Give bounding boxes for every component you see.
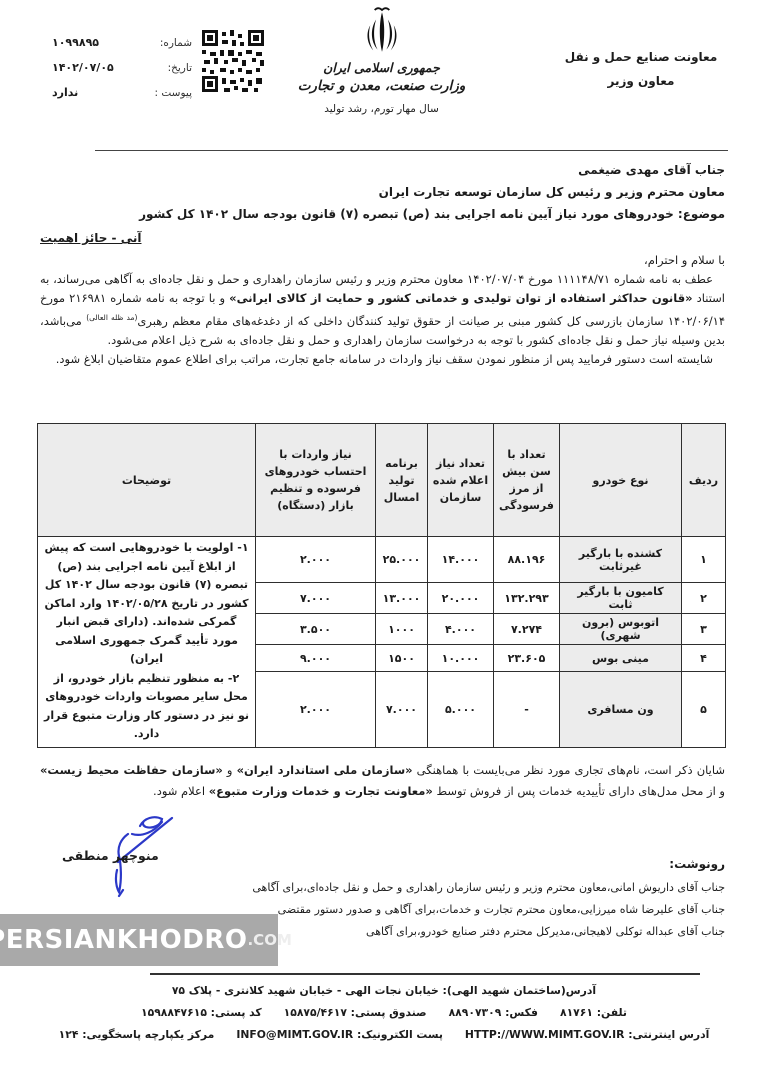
footer-fax: فکس: ۸۸۹۰۷۳۰۹ (449, 1006, 538, 1019)
footer-pobox: صندوق پستی: ۱۵۸۷۵/۴۶۱۷ (284, 1006, 427, 1019)
col-header-aged-count: تعداد با سن بیش از مرز فرسودگی (494, 424, 560, 537)
cell-aged-count: ۸۸.۱۹۶ (494, 537, 560, 583)
header-divider (95, 150, 728, 151)
cell-aged-count: ۱۳۲.۲۹۳ (494, 583, 560, 614)
footer-web-line: آدرس اینترنتی: HTTP://WWW.MIMT.GOV.IR پس… (40, 1028, 728, 1041)
letter-attachment-value: ندارد (52, 86, 78, 99)
watermark-banner: PERSIANKHODRO.COM (0, 914, 278, 966)
cell-production-plan: ۱۰۰۰ (376, 614, 428, 645)
letter-number-row: شماره: ۱۰۹۹۸۹۵ (52, 36, 192, 49)
letter-body: با سلام و احترام، عطف به نامه شماره ۱۱۱۱… (40, 251, 725, 369)
footer-address: آدرس(ساختمان شهید الهی): خیابان نجات اله… (40, 984, 728, 997)
department-role: معاون وزیر (541, 74, 741, 88)
footer-block: آدرس(ساختمان شهید الهی): خیابان نجات اله… (40, 984, 728, 1050)
department-block: معاونت صنایع حمل و نقل معاون وزیر (541, 50, 741, 88)
cell-vehicle-type: کامیون با بارگیر ثابت (560, 583, 682, 614)
cell-vehicle-type: مینی بوس (560, 645, 682, 672)
col-header-notes: توضیحات (38, 424, 256, 537)
vehicle-import-table: ردیف نوع خودرو تعداد با سن بیش از مرز فر… (37, 423, 726, 748)
recipient-title: معاون محترم وزیر و رئیس کل سازمان توسعه … (40, 181, 725, 203)
cell-vehicle-type: اتوبوس (برون شهری) (560, 614, 682, 645)
letter-date-value: ۱۴۰۲/۰۷/۰۵ (52, 61, 114, 74)
watermark-tld: .COM (247, 931, 291, 949)
subject-line: موضوع: خودروهای مورد نیاز آیین نامه اجرا… (40, 203, 725, 225)
cell-row-no: ۳ (682, 614, 726, 645)
cell-import-need: ۲.۰۰۰ (256, 537, 376, 583)
cell-notes: ۱- اولویت با خودروهایی است که پیش از ابل… (38, 537, 256, 748)
cell-production-plan: ۱۳.۰۰۰ (376, 583, 428, 614)
footer-contacts-line: تلفن: ۸۱۷۶۱ فکس: ۸۸۹۰۷۳۰۹ صندوق پستی: ۱۵… (40, 1006, 728, 1019)
signer-name: منوچهر منطقی (62, 848, 159, 863)
environment-org-bold: «سازمان حفاظت محیط زیست» (40, 763, 223, 777)
footer-email: پست الکترونیک: INFO@MIMT.GOV.IR (236, 1028, 443, 1041)
footer-call-center: مرکز یکپارچه پاسخگویی: ۱۲۴ (59, 1028, 215, 1041)
letter-date-row: تاریخ: ۱۴۰۲/۰۷/۰۵ (52, 61, 192, 74)
recipient-block: جناب آقای مهدی ضیغمی معاون محترم وزیر و … (40, 159, 725, 225)
table-note-2: ۲- به منظور تنظیم بازار خودرو، از محل سا… (42, 670, 251, 744)
letterhead-center: جمهوری اسلامی ایران وزارت صنعت، معدن و ت… (257, 6, 507, 115)
salutation: با سلام و احترام، (40, 251, 725, 270)
cell-announced-need: ۵.۰۰۰ (428, 672, 494, 748)
cell-row-no: ۴ (682, 645, 726, 672)
cell-aged-count: ۲۳.۶۰۵ (494, 645, 560, 672)
col-header-production-plan: برنامه تولید امسال (376, 424, 428, 537)
law-title-bold: «قانون حداکثر استفاده از توان تولیدی و خ… (229, 291, 692, 305)
letter-number-label: شماره: (160, 37, 192, 49)
cell-import-need: ۲.۰۰۰ (256, 672, 376, 748)
trade-deputy-bold: «معاونت تجارت و خدمات وزارت متبوع» (209, 784, 433, 798)
closing-text: شایان ذکر است، نام‌های تجاری مورد نظر می… (413, 763, 725, 777)
official-letter-page: شماره: ۱۰۹۹۸۹۵ تاریخ: ۱۴۰۲/۰۷/۰۵ پیوست :… (0, 0, 763, 1080)
cell-import-need: ۷.۰۰۰ (256, 583, 376, 614)
cell-aged-count: - (494, 672, 560, 748)
table-header-row: ردیف نوع خودرو تعداد با سن بیش از مرز فر… (38, 424, 726, 537)
cell-vehicle-type: ون مسافری (560, 672, 682, 748)
cell-announced-need: ۴.۰۰۰ (428, 614, 494, 645)
cell-aged-count: ۷.۲۷۴ (494, 614, 560, 645)
col-header-announced-need: تعداد نیاز اعلام شده سازمان (428, 424, 494, 537)
year-slogan: سال مهار تورم، رشد تولید (257, 103, 507, 115)
letter-attachment-row: پیوست : ندارد (52, 86, 192, 99)
cell-production-plan: ۱۵۰۰ (376, 645, 428, 672)
ministry-title: وزارت صنعت، معدن و تجارت (257, 78, 507, 94)
col-header-row-no: ردیف (682, 424, 726, 537)
footer-divider (150, 973, 700, 975)
cell-import-need: ۹.۰۰۰ (256, 645, 376, 672)
cell-announced-need: ۱۴.۰۰۰ (428, 537, 494, 583)
footer-postal-code: کد پستی: ۱۵۹۸۸۴۷۶۱۵ (141, 1006, 262, 1019)
cell-row-no: ۵ (682, 672, 726, 748)
closing-text2: و (223, 763, 237, 777)
cell-row-no: ۲ (682, 583, 726, 614)
closing-text4: اعلام شود. (153, 784, 209, 798)
footer-phone: تلفن: ۸۱۷۶۱ (560, 1006, 627, 1019)
cell-announced-need: ۱۰.۰۰۰ (428, 645, 494, 672)
cell-announced-need: ۲۰.۰۰۰ (428, 583, 494, 614)
col-header-import-need: نیاز واردات با احتساب خودروهای فرسوده و … (256, 424, 376, 537)
department-name: معاونت صنایع حمل و نقل (541, 50, 741, 64)
letter-meta-block: شماره: ۱۰۹۹۸۹۵ تاریخ: ۱۴۰۲/۰۷/۰۵ پیوست :… (52, 36, 192, 111)
closing-text3: و از محل مدل‌های دارای تأییدیه خدمات پس … (433, 784, 725, 798)
cell-vehicle-type: کشنده با بارگیر غیرثابت (560, 537, 682, 583)
recipient-name: جناب آقای مهدی ضیغمی (40, 159, 725, 181)
paragraph-request: شایسته است دستور فرمایید پس از منظور نمو… (40, 350, 725, 369)
republic-title: جمهوری اسلامی ایران (257, 60, 507, 75)
priority-tag: آنی - حائز اهمیت (40, 231, 141, 245)
col-header-vehicle-type: نوع خودرو (560, 424, 682, 537)
table-note-1: ۱- اولویت با خودروهایی است که پیش از ابل… (42, 539, 251, 669)
standard-org-bold: «سازمان ملی استاندارد ایران» (237, 763, 413, 777)
footer-website: آدرس اینترنتی: HTTP://WWW.MIMT.GOV.IR (465, 1028, 709, 1041)
cell-row-no: ۱ (682, 537, 726, 583)
paragraph-main: عطف به نامه شماره ۱۱۱۱۴۸/۷۱ مورخ ۱۴۰۲/۰۷… (40, 270, 725, 350)
table-row: ۱ کشنده با بارگیر غیرثابت ۸۸.۱۹۶ ۱۴.۰۰۰ … (38, 537, 726, 583)
cell-production-plan: ۲۵.۰۰۰ (376, 537, 428, 583)
closing-paragraph: شایان ذکر است، نام‌های تجاری مورد نظر می… (40, 760, 725, 802)
iran-national-emblem-icon (360, 6, 404, 58)
watermark-brand: PERSIANKHODRO (0, 925, 247, 955)
honorific-superscript: (مد ظله العالی) (86, 313, 137, 322)
letter-number-value: ۱۰۹۹۸۹۵ (52, 36, 99, 49)
letter-date-label: تاریخ: (168, 62, 192, 74)
cell-import-need: ۳.۵۰۰ (256, 614, 376, 645)
letter-attachment-label: پیوست : (155, 87, 193, 99)
cell-production-plan: ۷.۰۰۰ (376, 672, 428, 748)
